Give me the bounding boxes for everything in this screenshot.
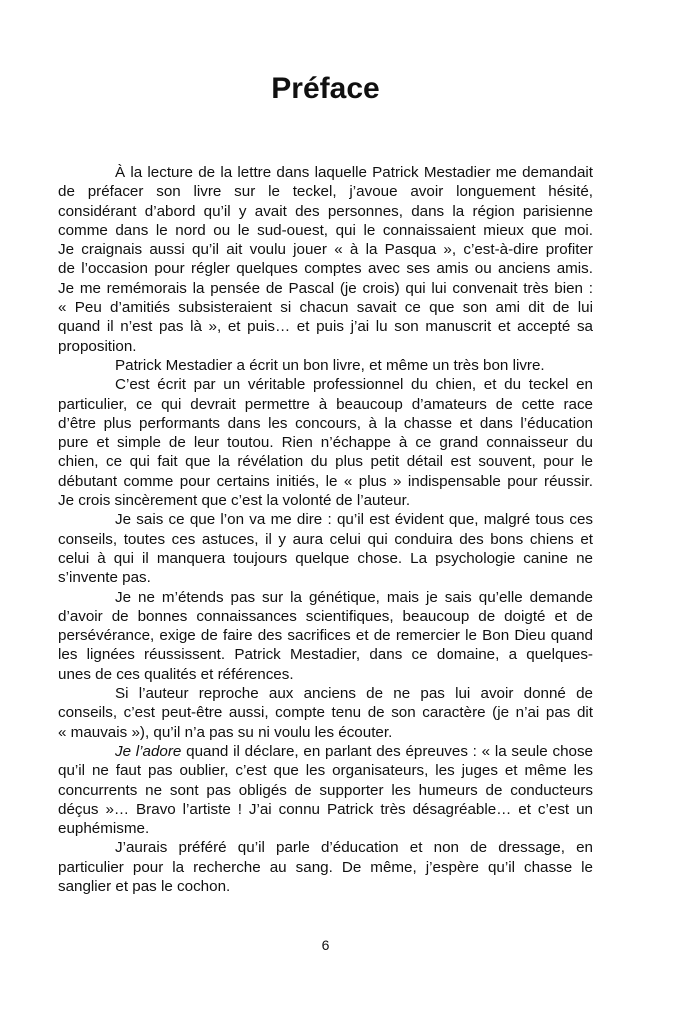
text-line: proposition. [58,337,593,356]
paragraph: Je l’adore quand il déclare, en parlant … [58,742,593,838]
text-segment: débutant comme pour certains initiés, le… [58,473,593,490]
text-line: Je craignais aussi qu’il ait voulu jouer… [58,240,593,259]
text-line: unes de ces qualités et références. [58,665,593,684]
text-segment: quand il déclare, en parlant des épreuve… [181,743,593,760]
text-line: « mauvais »), qu’il n’a pas su ni voulu … [58,723,593,742]
text-segment: conseils, c’est peut-être aussi, compte … [58,704,593,721]
paragraph: Patrick Mestadier a écrit un bon livre, … [58,356,593,375]
text-segment: déçus »… Bravo l’artiste ! J’ai connu Pa… [58,801,593,818]
text-segment: C’est écrit par un véritable professionn… [115,376,593,393]
text-line: comme dans le nord ou le sud-ouest, qui … [58,221,593,240]
text-segment: Je ne m’étends pas sur la génétique, mai… [115,589,593,606]
preface-body: À la lecture de la lettre dans laquelle … [58,163,593,896]
text-line: conseils, c’est peut-être aussi, compte … [58,703,593,722]
text-line: conseils, toutes ces astuces, il y aura … [58,530,593,549]
text-segment: particulier, ce qui devrait permettre à … [58,396,593,413]
italic-text: Je l’adore [115,743,181,760]
text-line: Patrick Mestadier a écrit un bon livre, … [58,356,593,375]
text-segment: proposition. [58,338,137,355]
text-line: C’est écrit par un véritable professionn… [58,375,593,394]
paragraph: C’est écrit par un véritable professionn… [58,375,593,510]
text-line: Je ne m’étends pas sur la génétique, mai… [58,588,593,607]
text-line: de l’occasion pour régler quelques compt… [58,259,593,278]
text-line: qu’il ne faut pas oublier, c’est que les… [58,761,593,780]
text-segment: d’être plus performants dans les concour… [58,415,593,432]
text-line: Je crois sincèrement que c’est la volont… [58,491,593,510]
text-segment: Je me remémorais la pensée de Pascal (je… [58,280,593,297]
text-segment: « mauvais »), qu’il n’a pas su ni voulu … [58,724,392,741]
text-line: celui à qui il manquera toujours quelque… [58,549,593,568]
text-segment: particulier pour la recherche au sang. D… [58,859,593,876]
text-segment: conseils, toutes ces astuces, il y aura … [58,531,593,548]
paragraph: Je ne m’étends pas sur la génétique, mai… [58,588,593,684]
text-segment: considérant d’abord qu’il y avait des pe… [58,203,593,220]
text-segment: d’avoir de bonnes connaissances scientif… [58,608,593,625]
text-segment: pure et simple de leur toutou. Rien n’éc… [58,434,593,451]
book-page: Préface À la lecture de la lettre dans l… [0,0,700,1028]
text-line: persévérance, exige de faire des sacrifi… [58,626,593,645]
text-segment: sanglier et pas le cochon. [58,878,230,895]
text-segment: comme dans le nord ou le sud-ouest, qui … [58,222,593,239]
text-line: euphémisme. [58,819,593,838]
text-line: considérant d’abord qu’il y avait des pe… [58,202,593,221]
text-line: de préfacer son livre sur le teckel, j’a… [58,182,593,201]
text-line: J’aurais préféré qu’il parle d’éducation… [58,838,593,857]
page-title: Préface [58,74,593,104]
text-line: chien, ce qui fait que la révélation du … [58,452,593,471]
text-line: « Peu d’amitiés subsisteraient si chacun… [58,298,593,317]
text-line: déçus »… Bravo l’artiste ! J’ai connu Pa… [58,800,593,819]
text-line: Si l’auteur reproche aux anciens de ne p… [58,684,593,703]
text-line: concurrents ne sont pas obligés de suppo… [58,781,593,800]
text-segment: qu’il ne faut pas oublier, c’est que les… [58,762,593,779]
text-segment: chien, ce qui fait que la révélation du … [58,453,593,470]
text-segment: Patrick Mestadier a écrit un bon livre, … [115,357,545,374]
page-number: 6 [58,938,593,952]
text-segment: persévérance, exige de faire des sacrifi… [58,627,593,644]
text-line: quand il n’est pas là », et puis… et pui… [58,317,593,336]
text-line: pure et simple de leur toutou. Rien n’éc… [58,433,593,452]
text-line: d’avoir de bonnes connaissances scientif… [58,607,593,626]
text-segment: À la lecture de la lettre dans laquelle … [115,164,593,181]
text-segment: s’invente pas. [58,569,151,586]
text-line: Je me remémorais la pensée de Pascal (je… [58,279,593,298]
text-segment: « Peu d’amitiés subsisteraient si chacun… [58,299,593,316]
text-segment: celui à qui il manquera toujours quelque… [58,550,593,567]
text-line: s’invente pas. [58,568,593,587]
text-line: sanglier et pas le cochon. [58,877,593,896]
text-line: À la lecture de la lettre dans laquelle … [58,163,593,182]
text-segment: quand il n’est pas là », et puis… et pui… [58,318,593,335]
paragraph: À la lecture de la lettre dans laquelle … [58,163,593,356]
text-line: les lignées réussissent. Patrick Mestadi… [58,645,593,664]
text-line: Je sais ce que l’on va me dire : qu’il e… [58,510,593,529]
text-line: particulier pour la recherche au sang. D… [58,858,593,877]
text-segment: euphémisme. [58,820,149,837]
text-line: d’être plus performants dans les concour… [58,414,593,433]
paragraph: Je sais ce que l’on va me dire : qu’il e… [58,510,593,587]
paragraph: J’aurais préféré qu’il parle d’éducation… [58,838,593,896]
text-segment: unes de ces qualités et références. [58,666,294,683]
text-segment: les lignées réussissent. Patrick Mestadi… [58,646,593,663]
text-line: particulier, ce qui devrait permettre à … [58,395,593,414]
text-segment: Je craignais aussi qu’il ait voulu jouer… [58,241,593,258]
text-segment: Si l’auteur reproche aux anciens de ne p… [115,685,593,702]
text-line: Je l’adore quand il déclare, en parlant … [58,742,593,761]
text-line: débutant comme pour certains initiés, le… [58,472,593,491]
text-segment: Je sais ce que l’on va me dire : qu’il e… [115,511,593,528]
text-segment: concurrents ne sont pas obligés de suppo… [58,782,593,799]
text-segment: J’aurais préféré qu’il parle d’éducation… [115,839,593,856]
text-segment: de l’occasion pour régler quelques compt… [58,260,593,277]
paragraph: Si l’auteur reproche aux anciens de ne p… [58,684,593,742]
text-segment: Je crois sincèrement que c’est la volont… [58,492,410,509]
text-segment: de préfacer son livre sur le teckel, j’a… [58,183,593,200]
